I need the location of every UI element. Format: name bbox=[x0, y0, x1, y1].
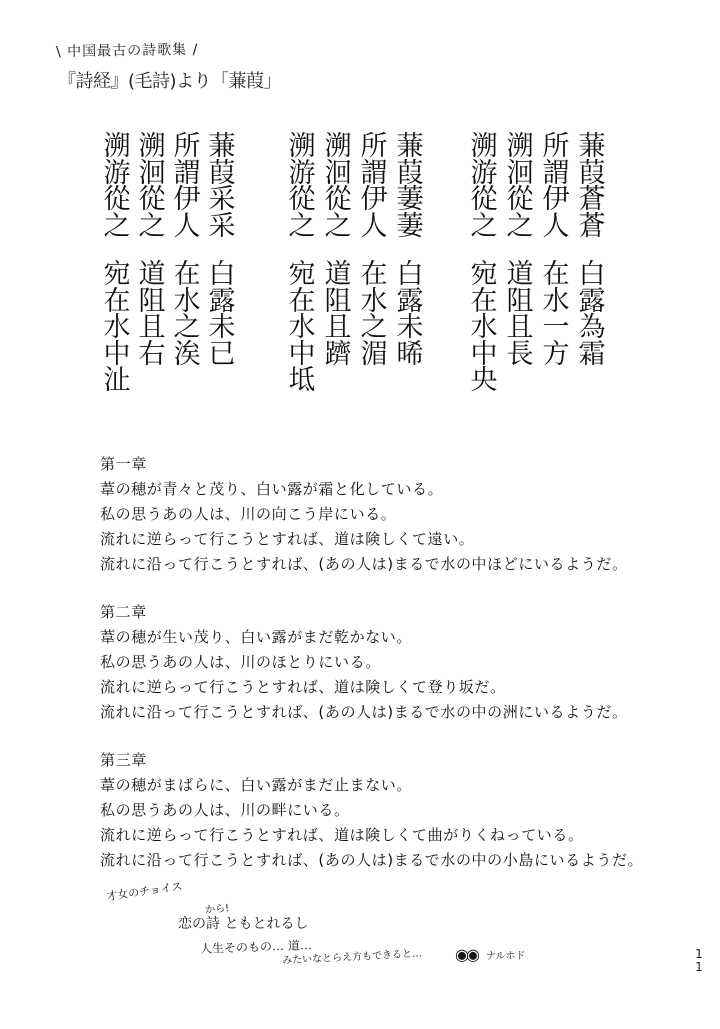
translation-line: 流れに沿って行こうとすれば、(あの人は)まるで水の中ほどにいるようだ。 bbox=[100, 552, 628, 577]
chapter-heading: 第三章 bbox=[100, 748, 643, 773]
poem-character: 之 bbox=[361, 315, 388, 342]
eyes-doodle-icon: ◉◉ bbox=[455, 945, 477, 964]
poem-column: 在水之涘 bbox=[170, 262, 204, 368]
poem-column: 蒹葭萋萋 bbox=[393, 134, 427, 240]
poem-column: 溯洄從之 bbox=[321, 134, 355, 240]
poem-column: 道阻且躋 bbox=[321, 262, 355, 368]
translation-line: 葦の穂がまばらに、白い露がまだ止まない。 bbox=[100, 773, 643, 798]
poem-source-title: 『詩経』(毛詩)より「蒹葭」 bbox=[58, 67, 281, 93]
translation-chapter: 第二章葦の穂が生い茂り、白い露がまだ乾かない。私の思うあの人は、川のほとりにいる… bbox=[100, 600, 628, 725]
handwritten-note: ナルホド bbox=[486, 947, 526, 962]
chapter-heading: 第二章 bbox=[100, 600, 628, 625]
poem-character: 道 bbox=[139, 262, 166, 289]
translation-line: 私の思うあの人は、川の畔にいる。 bbox=[100, 798, 643, 823]
poem-character: 躋 bbox=[325, 342, 352, 369]
poem-character: 湄 bbox=[361, 342, 388, 369]
poem-character: 水 bbox=[289, 315, 316, 342]
poem-column: 所謂伊人 bbox=[357, 134, 391, 240]
poem-character: 所 bbox=[174, 134, 201, 161]
poem-character: 萋 bbox=[397, 214, 424, 241]
poem-character: 長 bbox=[507, 342, 534, 369]
poem-character: 溯 bbox=[104, 134, 131, 161]
poem-column: 溯游從之 bbox=[467, 134, 501, 240]
poem-character: 在 bbox=[361, 262, 388, 289]
poem-column: 所謂伊人 bbox=[170, 134, 204, 240]
poem-character: 央 bbox=[471, 368, 498, 395]
translation-line: 流れに沿って行こうとすれば、(あの人は)まるで水の中の洲にいるようだ。 bbox=[100, 700, 628, 725]
poem-character: 溯 bbox=[325, 134, 352, 161]
poem-character: 蒼 bbox=[579, 214, 606, 241]
poem-character: 所 bbox=[361, 134, 388, 161]
poem-character: 沚 bbox=[104, 368, 131, 395]
poem-column: 道阻且長 bbox=[503, 262, 537, 368]
poem-character: 所 bbox=[543, 134, 570, 161]
poem-column: 蒹葭采采 bbox=[205, 134, 239, 240]
poem-column: 蒹葭蒼蒼 bbox=[575, 134, 609, 240]
poem-character: 人 bbox=[174, 214, 201, 241]
handwritten-title: \ 中国最古の詩歌集 / bbox=[56, 39, 199, 61]
poem-character: 方 bbox=[543, 342, 570, 369]
poem-character: 水 bbox=[471, 315, 498, 342]
translation-line: 流れに沿って行こうとすれば、(あの人は)まるで水の中の小島にいるようだ。 bbox=[100, 848, 643, 873]
poem-column: 宛在水中沚 bbox=[100, 262, 134, 395]
poem-character: 在 bbox=[543, 262, 570, 289]
poem-character: 伊 bbox=[543, 187, 570, 214]
translation-line: 流れに逆らって行こうとすれば、道は険しくて登り坂だ。 bbox=[100, 675, 628, 700]
chapter-heading: 第一章 bbox=[100, 452, 628, 477]
poem-character: 從 bbox=[325, 187, 352, 214]
handwritten-note: 恋の詩 ともとれるし bbox=[178, 913, 308, 933]
poem-character: 萋 bbox=[397, 187, 424, 214]
poem-column: 白露未已 bbox=[205, 262, 239, 368]
poem-character: 之 bbox=[325, 214, 352, 241]
poem-character: 白 bbox=[579, 262, 606, 289]
poem-character: 人 bbox=[361, 214, 388, 241]
poem-character: 從 bbox=[471, 187, 498, 214]
poem-character: 從 bbox=[507, 187, 534, 214]
poem-column: 道阻且右 bbox=[135, 262, 169, 368]
translation-line: 葦の穂が青々と茂り、白い露が霜と化している。 bbox=[100, 477, 628, 502]
poem-column: 溯洄從之 bbox=[503, 134, 537, 240]
poem-column: 所謂伊人 bbox=[539, 134, 573, 240]
poem-character: 溯 bbox=[289, 134, 316, 161]
poem-character: 宛 bbox=[104, 262, 131, 289]
poem-column: 宛在水中央 bbox=[467, 262, 501, 395]
translation-line: 流れに逆らって行こうとすれば、道は険しくて遠い。 bbox=[100, 527, 628, 552]
poem-character: 溯 bbox=[139, 134, 166, 161]
poem-column: 白露為霜 bbox=[575, 262, 609, 368]
poem-character: 未 bbox=[397, 315, 424, 342]
poem-character: 且 bbox=[139, 315, 166, 342]
poem-character: 采 bbox=[209, 214, 236, 241]
poem-character: 且 bbox=[507, 315, 534, 342]
poem-character: 蒹 bbox=[209, 134, 236, 161]
poem-character: 從 bbox=[104, 187, 131, 214]
poem-character: 之 bbox=[139, 214, 166, 241]
translation-line: 私の思うあの人は、川のほとりにいる。 bbox=[100, 650, 628, 675]
poem-character: 蒼 bbox=[579, 187, 606, 214]
poem-column: 在水一方 bbox=[539, 262, 573, 368]
poem-character: 道 bbox=[507, 262, 534, 289]
poem-column: 白露未晞 bbox=[393, 262, 427, 368]
poem-character: 溯 bbox=[471, 134, 498, 161]
poem-character: 蒹 bbox=[579, 134, 606, 161]
poem-character: 從 bbox=[289, 187, 316, 214]
poem-character: 晞 bbox=[397, 342, 424, 369]
poem-character: 之 bbox=[507, 214, 534, 241]
poem-character: 伊 bbox=[174, 187, 201, 214]
translation-line: 私の思うあの人は、川の向こう岸にいる。 bbox=[100, 502, 628, 527]
poem-character: 人 bbox=[543, 214, 570, 241]
translation-line: 葦の穂が生い茂り、白い露がまだ乾かない。 bbox=[100, 625, 628, 650]
page-number-digit: 1 bbox=[694, 961, 704, 974]
poem-character: 涘 bbox=[174, 342, 201, 369]
translation-chapter: 第一章葦の穂が青々と茂り、白い露が霜と化している。私の思うあの人は、川の向こう岸… bbox=[100, 452, 628, 577]
poem-character: 為 bbox=[579, 315, 606, 342]
poem-character: 之 bbox=[471, 214, 498, 241]
poem-character: 宛 bbox=[289, 262, 316, 289]
poem-character: 道 bbox=[325, 262, 352, 289]
poem-column: 溯游從之 bbox=[285, 134, 319, 240]
poem-character: 白 bbox=[209, 262, 236, 289]
translation-line: 流れに逆らって行こうとすれば、道は険しくて曲がりくねっている。 bbox=[100, 823, 643, 848]
poem-character: 之 bbox=[289, 214, 316, 241]
poem-character: 坻 bbox=[289, 368, 316, 395]
poem-character: 水 bbox=[104, 315, 131, 342]
poem-column: 宛在水中坻 bbox=[285, 262, 319, 395]
poem-character: 之 bbox=[104, 214, 131, 241]
poem-character: 伊 bbox=[361, 187, 388, 214]
poem-character: 未 bbox=[209, 315, 236, 342]
translation-chapter: 第三章葦の穂がまばらに、白い露がまだ止まない。私の思うあの人は、川の畔にいる。流… bbox=[100, 748, 643, 873]
poem-column: 溯洄從之 bbox=[135, 134, 169, 240]
poem-character: 之 bbox=[174, 315, 201, 342]
page-number: 1 1 bbox=[694, 948, 704, 974]
poem-character: 從 bbox=[139, 187, 166, 214]
poem-character: 一 bbox=[543, 315, 570, 342]
poem-character: 白 bbox=[397, 262, 424, 289]
poem-character: 在 bbox=[174, 262, 201, 289]
poem-character: 溯 bbox=[507, 134, 534, 161]
poem-character: 右 bbox=[139, 342, 166, 369]
poem-character: 且 bbox=[325, 315, 352, 342]
poem-character: 霜 bbox=[579, 342, 606, 369]
poem-character: 宛 bbox=[471, 262, 498, 289]
poem-column: 在水之湄 bbox=[357, 262, 391, 368]
handwritten-note: 才女のチョイス bbox=[105, 878, 183, 904]
poem-character: 采 bbox=[209, 187, 236, 214]
poem-column: 溯游從之 bbox=[100, 134, 134, 240]
poem-character: 蒹 bbox=[397, 134, 424, 161]
poem-character: 已 bbox=[209, 342, 236, 369]
